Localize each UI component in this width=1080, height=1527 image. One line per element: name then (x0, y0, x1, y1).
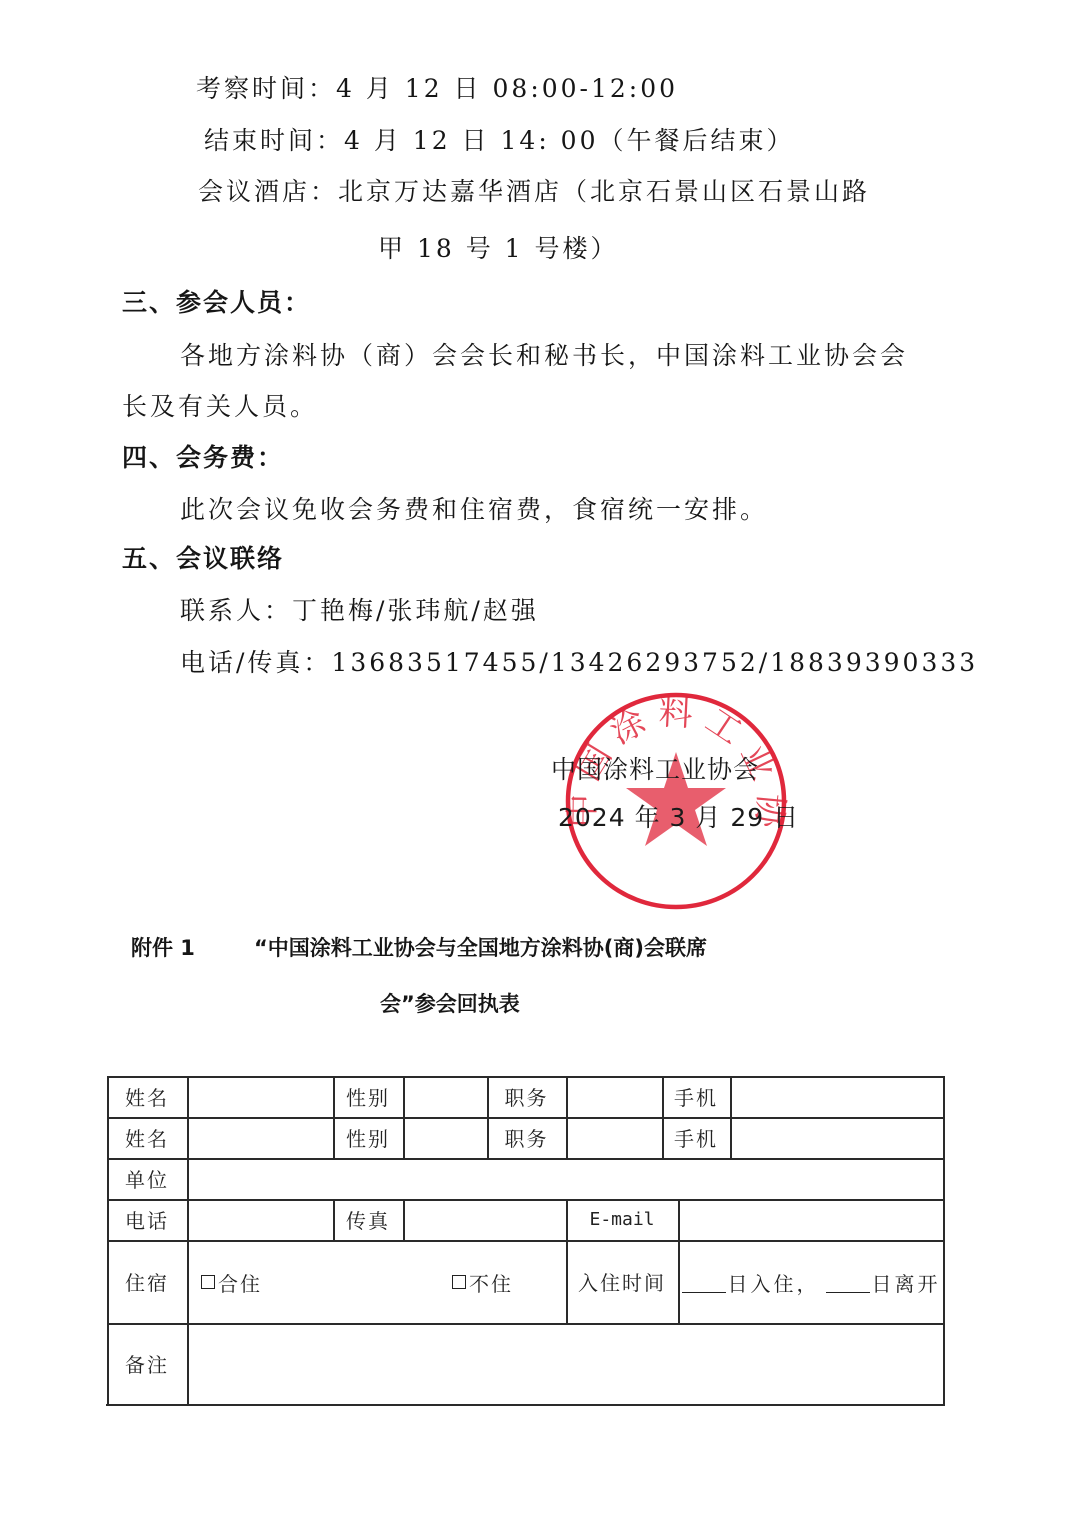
option-no-lodging[interactable]: 不住 (440, 1241, 566, 1323)
attachment-title-line-2: 会”参会回执表 (380, 994, 520, 1015)
input-gender-2[interactable] (404, 1118, 487, 1158)
table-border (106, 1404, 945, 1406)
label-gender-2: 性别 (333, 1117, 403, 1158)
checkout-suffix: 日离开 (872, 1268, 941, 1297)
input-name-2[interactable] (188, 1118, 333, 1158)
checkin-day-blank[interactable] (682, 1272, 726, 1293)
checkbox-icon[interactable] (452, 1275, 466, 1289)
input-phone[interactable] (188, 1200, 333, 1240)
section-4-text: 此次会议免收会务费和住宿费，食宿统一安排。 (180, 497, 768, 522)
label-unit: 单位 (107, 1158, 187, 1199)
checkin-checkout-field[interactable]: 日入住， 日离开 (679, 1241, 943, 1323)
label-remarks: 备注 (107, 1323, 187, 1404)
inspection-time-line: 考察时间：4 月 12 日 08:00-12:00 (196, 76, 678, 101)
signature-date: 2024 年 3 月 29 日 (558, 805, 799, 830)
input-fax[interactable] (404, 1200, 566, 1240)
input-position-1[interactable] (567, 1077, 662, 1117)
input-mobile-2[interactable] (731, 1118, 943, 1158)
section-4-title: 四、会务费： (122, 445, 284, 470)
checkout-day-blank[interactable] (826, 1272, 870, 1293)
label-name-1: 姓名 (107, 1076, 187, 1117)
contacts-line: 联系人：丁艳梅/张玮航/赵强 (180, 598, 539, 623)
input-gender-1[interactable] (404, 1077, 487, 1117)
label-position-1: 职务 (487, 1076, 566, 1117)
registration-form-table: 姓名 性别 职务 手机 姓名 性别 职务 手机 单位 电话 传真 E-mail … (0, 0, 1080, 1527)
option-no-lodging-label: 不住 (469, 1268, 513, 1297)
input-email[interactable] (679, 1200, 943, 1240)
option-shared-room-label: 合住 (218, 1268, 262, 1297)
label-email: E-mail (566, 1199, 678, 1240)
end-time-line: 结束时间：4 月 12 日 14: 00（午餐后结束） (204, 128, 795, 153)
label-phone: 电话 (107, 1199, 187, 1240)
attachment-title-line-1: “中国涂料工业协会与全国地方涂料协(商)会联席 (254, 938, 707, 959)
input-unit[interactable] (188, 1159, 943, 1199)
section-3-text-line-1: 各地方涂料协（商）会会长和秘书长，中国涂料工业协会会 (180, 343, 908, 368)
phone-fax-line: 电话/传真：13683517455/13426293752/1883939033… (180, 650, 978, 675)
input-name-1[interactable] (188, 1077, 333, 1117)
table-border (943, 1076, 945, 1405)
input-position-2[interactable] (567, 1118, 662, 1158)
label-position-2: 职务 (487, 1117, 566, 1158)
official-seal-icon: 中国涂料工业协会 (563, 690, 789, 912)
input-remarks[interactable] (188, 1324, 943, 1404)
input-mobile-1[interactable] (731, 1077, 943, 1117)
label-fax: 传真 (333, 1199, 403, 1240)
hotel-line-1: 会议酒店：北京万达嘉华酒店（北京石景山区石景山路 (198, 179, 870, 204)
label-mobile-2: 手机 (662, 1117, 730, 1158)
section-3-text-line-2: 长及有关人员。 (122, 394, 318, 419)
attachment-label: 附件 1 (131, 938, 195, 959)
option-shared-room[interactable]: 合住 (188, 1241, 388, 1323)
section-5-title: 五、会议联络 (122, 546, 284, 571)
checkbox-icon[interactable] (201, 1275, 215, 1289)
label-checkin-time: 入住时间 (566, 1240, 678, 1323)
label-mobile-1: 手机 (662, 1076, 730, 1117)
section-3-title: 三、参会人员： (122, 290, 311, 315)
checkin-suffix: 日入住， (728, 1268, 820, 1297)
label-name-2: 姓名 (107, 1117, 187, 1158)
hotel-line-2: 甲 18 号 1 号楼） (378, 236, 619, 261)
signature-organization: 中国涂料工业协会 (551, 757, 759, 782)
label-lodging: 住宿 (107, 1240, 187, 1323)
label-gender-1: 性别 (333, 1076, 403, 1117)
